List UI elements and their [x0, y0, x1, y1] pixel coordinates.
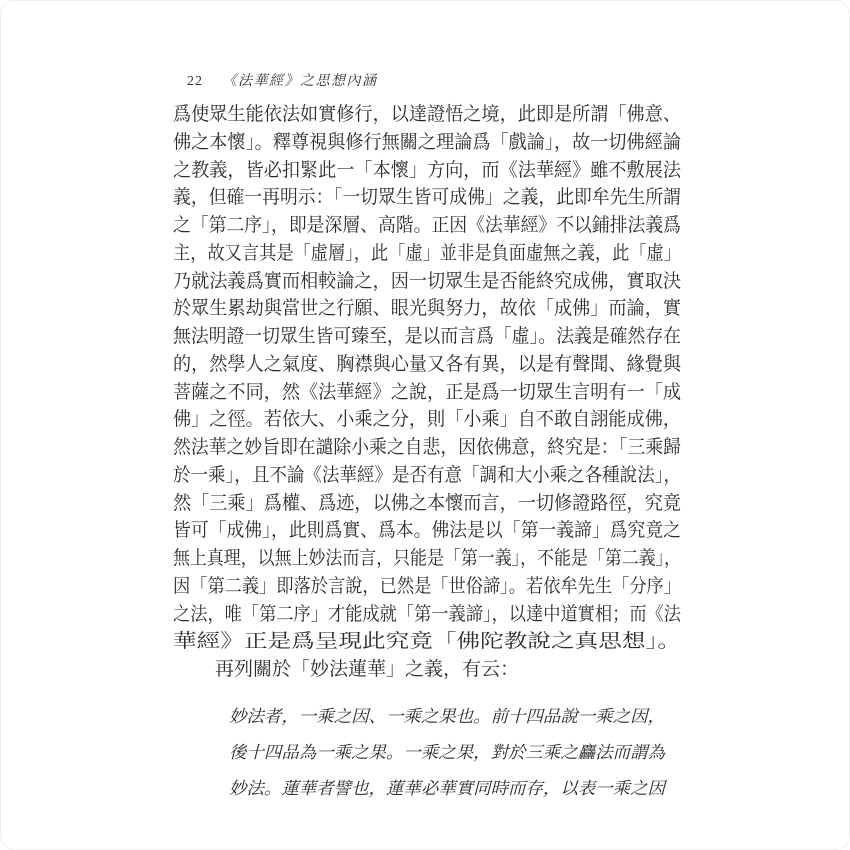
body-text-line: 於眾生累劫與當世之行願、眼光與努力，故依「成佛」而論，實	[173, 295, 681, 323]
body-text-line: 然法華之妙旨即在譴除小乘之自悲，因依佛意，終究是：「三乘歸	[173, 434, 681, 462]
body-text-line: 之「第二序」，即是深層、高階。正因《法華經》不以鋪排法義爲	[173, 212, 681, 240]
quote-text-line: 妙法。蓮華者譬也，蓮華必華實同時而存，以表一乘之因	[229, 771, 665, 807]
quote-block: 妙法者，一乘之因、一乘之果也。前十四品說一乘之因，後十四品為一乘之果。一乘之果，…	[229, 699, 665, 807]
body-text-line: 乃就法義爲實而相較論之，因一切眾生是否能終究成佛，實取決	[173, 268, 681, 296]
body-text-line: 之教義，皆必扣緊此一「本懷」方向，而《法華經》雖不敷展法	[173, 157, 681, 185]
body-text-line: 的，然學人之氣度、胸襟與心量又各有異，以是有聲聞、緣覺與	[173, 351, 681, 379]
quote-text-line: 後十四品為一乘之果。一乘之果，對於三乘之麤法而謂為	[229, 735, 665, 771]
body-text-line: 於一乘」，且不論《法華經》是否有意「調和大小乘之各種說法」，	[173, 462, 681, 490]
quote-text-line: 妙法者，一乘之因、一乘之果也。前十四品說一乘之因，	[229, 699, 665, 735]
page-number: 22	[187, 74, 203, 90]
body-text-line: 義，但確一再明示：「一切眾生皆可成佛」之義，此即牟先生所謂	[173, 184, 681, 212]
lead-in-line: 再列關於「妙法蓮華」之義，有云：	[173, 656, 681, 684]
body-text-line: 佛之本懷」。釋尊視與修行無關之理論爲「戲論」，故一切佛經論	[173, 129, 681, 157]
book-page-scan: 22 《法華經》之思想內涵 爲使眾生能依法如實修行，以達證悟之境，此即是所謂「佛…	[0, 0, 850, 850]
body-text-line: 華經》正是爲呈現此究竟「佛陀教說之真思想」。	[173, 628, 681, 656]
body-paragraph: 爲使眾生能依法如實修行，以達證悟之境，此即是所謂「佛意、佛之本懷」。釋尊視與修行…	[173, 101, 681, 656]
body-text-line: 皆可「成佛」，此則爲實、爲本。佛法是以「第一義諦」爲究竟之	[173, 517, 681, 545]
body-text-line: 佛」之徑。若依大、小乘之分，則「小乘」自不敢自詡能成佛，	[173, 406, 681, 434]
body-text-line: 菩薩之不同，然《法華經》之說，正是爲一切眾生言明有一「成	[173, 379, 681, 407]
body-text-line: 爲使眾生能依法如實修行，以達證悟之境，此即是所謂「佛意、	[173, 101, 681, 129]
page-content: 爲使眾生能依法如實修行，以達證悟之境，此即是所謂「佛意、佛之本懷」。釋尊視與修行…	[173, 101, 681, 807]
body-text-line: 無法明證一切眾生皆可臻至，是以而言爲「虛」。法義是確然存在	[173, 323, 681, 351]
running-title: 《法華經》之思想內涵	[223, 70, 378, 90]
body-text-line: 主，故又言其是「虛層」，此「虛」並非是負面虛無之義，此「虛」	[173, 240, 681, 268]
body-text-line: 無上真理，以無上妙法而言，只能是「第一義」，不能是「第二義」，	[173, 545, 681, 573]
body-text-line: 然「三乘」爲權、爲迹，以佛之本懷而言，一切修證路徑，究竟	[173, 490, 681, 518]
page-header: 22 《法華經》之思想內涵	[187, 70, 378, 90]
body-text-line: 因「第二義」即落於言說，已然是「世俗諦」。若依牟先生「分序」	[173, 573, 681, 601]
body-text-line: 之法，唯「第二序」才能成就「第一義諦」，以達中道實相；而《法	[173, 601, 681, 629]
